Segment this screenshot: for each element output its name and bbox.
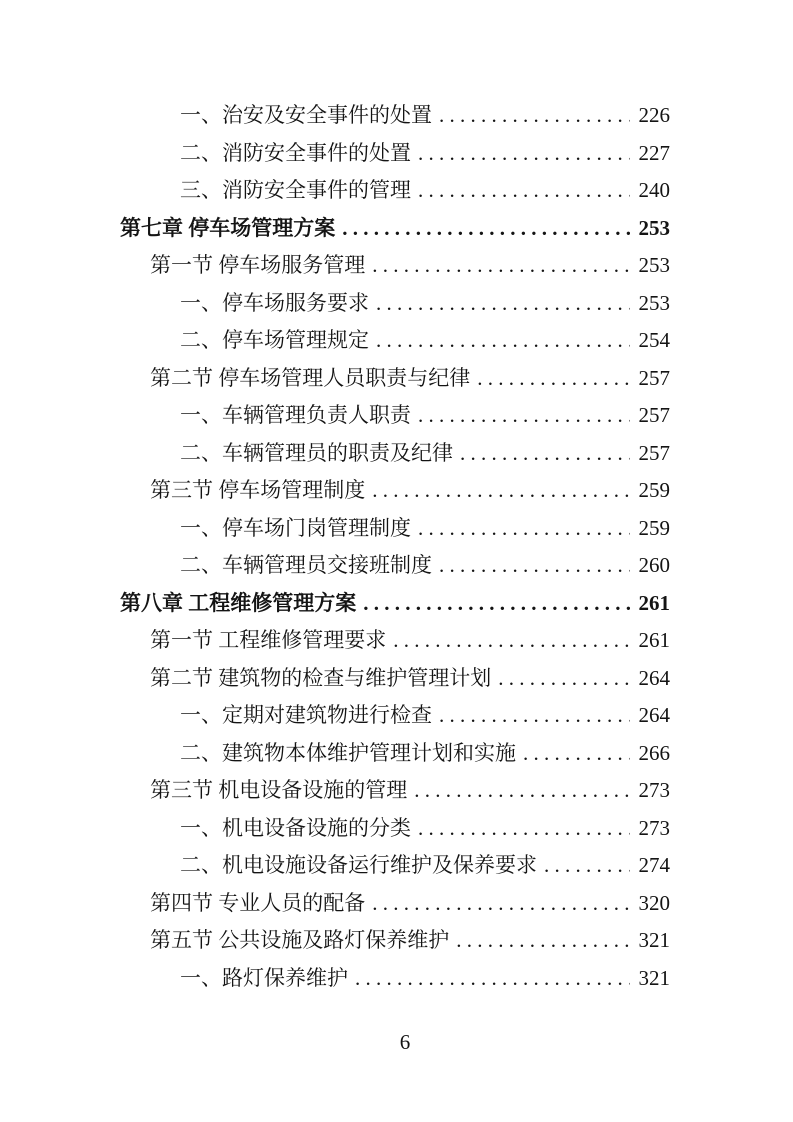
toc-entry[interactable]: 一、路灯保养维护 . . . . . . . . . . . . . . . .… bbox=[120, 960, 670, 998]
toc-entry-page-number: 264 bbox=[630, 660, 670, 698]
toc-entry-page-number: 257 bbox=[630, 397, 670, 435]
toc-entry-label: 二、停车场管理规定 bbox=[180, 322, 369, 360]
toc-entry[interactable]: 一、停车场门岗管理制度 . . . . . . . . . . . . . . … bbox=[120, 510, 670, 548]
document-page: 一、治安及安全事件的处置 . . . . . . . . . . . . . .… bbox=[0, 0, 793, 1122]
toc-entry-page-number: 253 bbox=[630, 285, 670, 323]
dot-leader: . . . . . . . . . . . . . . . . . . . . … bbox=[365, 472, 630, 510]
toc-entry[interactable]: 二、机电设施设备运行维护及保养要求 . . . . . . . . . . . … bbox=[120, 847, 670, 885]
toc-entry-page-number: 321 bbox=[630, 922, 670, 960]
toc-entry[interactable]: 二、车辆管理员的职责及纪律 . . . . . . . . . . . . . … bbox=[120, 435, 670, 473]
dot-leader: . . . . . . . . . . . . . . . . . . . . … bbox=[335, 210, 630, 248]
toc-entry-page-number: 273 bbox=[630, 772, 670, 810]
toc-entry[interactable]: 一、停车场服务要求 . . . . . . . . . . . . . . . … bbox=[120, 285, 670, 323]
toc-entry[interactable]: 一、车辆管理负责人职责 . . . . . . . . . . . . . . … bbox=[120, 397, 670, 435]
dot-leader: . . . . . . . . . . . . . . . . . . . . … bbox=[356, 585, 630, 623]
toc-entry[interactable]: 第一节 停车场服务管理 . . . . . . . . . . . . . . … bbox=[120, 247, 670, 285]
dot-leader: . . . . . . . . . . . . . . . . . . . . … bbox=[491, 660, 630, 698]
toc-entry-page-number: 240 bbox=[630, 172, 670, 210]
toc-entry-page-number: 274 bbox=[630, 847, 670, 885]
toc-entry[interactable]: 三、消防安全事件的管理 . . . . . . . . . . . . . . … bbox=[120, 172, 670, 210]
toc-entry[interactable]: 第三节 机电设备设施的管理 . . . . . . . . . . . . . … bbox=[120, 772, 670, 810]
dot-leader: . . . . . . . . . . . . . . . . . . . . … bbox=[449, 922, 630, 960]
toc-entry[interactable]: 第二节 停车场管理人员职责与纪律 . . . . . . . . . . . .… bbox=[120, 360, 670, 398]
toc-entry-label: 第八章 工程维修管理方案 bbox=[120, 585, 356, 623]
toc-entry-label: 一、停车场门岗管理制度 bbox=[180, 510, 411, 548]
toc-entry-label: 第二节 建筑物的检查与维护管理计划 bbox=[150, 660, 491, 698]
toc-entry-label: 二、车辆管理员的职责及纪律 bbox=[180, 435, 453, 473]
dot-leader: . . . . . . . . . . . . . . . . . . . . … bbox=[411, 810, 630, 848]
toc-entry[interactable]: 第八章 工程维修管理方案 . . . . . . . . . . . . . .… bbox=[120, 585, 670, 623]
toc-entry-page-number: 253 bbox=[630, 247, 670, 285]
toc-entry-label: 一、定期对建筑物进行检查 bbox=[180, 697, 432, 735]
toc-entry-label: 第一节 停车场服务管理 bbox=[150, 247, 365, 285]
dot-leader: . . . . . . . . . . . . . . . . . . . . … bbox=[411, 172, 630, 210]
toc-entry-label: 第一节 工程维修管理要求 bbox=[150, 622, 386, 660]
dot-leader: . . . . . . . . . . . . . . . . . . . . … bbox=[365, 885, 630, 923]
toc-entry-page-number: 227 bbox=[630, 135, 670, 173]
dot-leader: . . . . . . . . . . . . . . . . . . . . … bbox=[453, 435, 630, 473]
dot-leader: . . . . . . . . . . . . . . . . . . . . … bbox=[407, 772, 630, 810]
dot-leader: . . . . . . . . . . . . . . . . . . . . … bbox=[369, 322, 630, 360]
toc-entry[interactable]: 二、停车场管理规定 . . . . . . . . . . . . . . . … bbox=[120, 322, 670, 360]
toc-entry[interactable]: 第一节 工程维修管理要求 . . . . . . . . . . . . . .… bbox=[120, 622, 670, 660]
page-number-footer: 6 bbox=[17, 1024, 793, 1062]
toc-entry-page-number: 273 bbox=[630, 810, 670, 848]
toc-entry-page-number: 226 bbox=[630, 97, 670, 135]
toc-entry-page-number: 257 bbox=[630, 435, 670, 473]
toc-entry[interactable]: 二、车辆管理员交接班制度 . . . . . . . . . . . . . .… bbox=[120, 547, 670, 585]
toc-entry[interactable]: 二、消防安全事件的处置 . . . . . . . . . . . . . . … bbox=[120, 135, 670, 173]
toc-entry[interactable]: 第三节 停车场管理制度 . . . . . . . . . . . . . . … bbox=[120, 472, 670, 510]
toc-entry-label: 二、机电设施设备运行维护及保养要求 bbox=[180, 847, 537, 885]
toc-entry-label: 二、建筑物本体维护管理计划和实施 bbox=[180, 735, 516, 773]
toc-entry-label: 第三节 机电设备设施的管理 bbox=[150, 772, 407, 810]
toc-entry[interactable]: 一、定期对建筑物进行检查 . . . . . . . . . . . . . .… bbox=[120, 697, 670, 735]
toc-entry-label: 二、车辆管理员交接班制度 bbox=[180, 547, 432, 585]
dot-leader: . . . . . . . . . . . . . . . . . . . . … bbox=[516, 735, 630, 773]
toc-entry-label: 三、消防安全事件的管理 bbox=[180, 172, 411, 210]
toc-entry-label: 第三节 停车场管理制度 bbox=[150, 472, 365, 510]
toc-entry-page-number: 253 bbox=[630, 210, 670, 248]
dot-leader: . . . . . . . . . . . . . . . . . . . . … bbox=[365, 247, 630, 285]
toc-entry-label: 第四节 专业人员的配备 bbox=[150, 885, 365, 923]
toc-entry-label: 一、停车场服务要求 bbox=[180, 285, 369, 323]
toc-entry-label: 一、路灯保养维护 bbox=[180, 960, 348, 998]
dot-leader: . . . . . . . . . . . . . . . . . . . . … bbox=[348, 960, 630, 998]
dot-leader: . . . . . . . . . . . . . . . . . . . . … bbox=[432, 547, 630, 585]
dot-leader: . . . . . . . . . . . . . . . . . . . . … bbox=[411, 135, 630, 173]
toc-entry-label: 第二节 停车场管理人员职责与纪律 bbox=[150, 360, 470, 398]
toc-entry-page-number: 266 bbox=[630, 735, 670, 773]
toc-entry-label: 一、治安及安全事件的处置 bbox=[180, 97, 432, 135]
toc-entry[interactable]: 第四节 专业人员的配备 . . . . . . . . . . . . . . … bbox=[120, 885, 670, 923]
toc-entry[interactable]: 二、建筑物本体维护管理计划和实施 . . . . . . . . . . . .… bbox=[120, 735, 670, 773]
toc-entry-page-number: 254 bbox=[630, 322, 670, 360]
toc-entry-label: 第五节 公共设施及路灯保养维护 bbox=[150, 922, 449, 960]
dot-leader: . . . . . . . . . . . . . . . . . . . . … bbox=[470, 360, 630, 398]
toc-entry-page-number: 259 bbox=[630, 472, 670, 510]
toc-entry-page-number: 259 bbox=[630, 510, 670, 548]
dot-leader: . . . . . . . . . . . . . . . . . . . . … bbox=[386, 622, 630, 660]
toc-entry-page-number: 320 bbox=[630, 885, 670, 923]
toc-entry-page-number: 257 bbox=[630, 360, 670, 398]
toc-entry-page-number: 261 bbox=[630, 585, 670, 623]
dot-leader: . . . . . . . . . . . . . . . . . . . . … bbox=[411, 510, 630, 548]
toc-entry[interactable]: 第五节 公共设施及路灯保养维护 . . . . . . . . . . . . … bbox=[120, 922, 670, 960]
toc-entry[interactable]: 一、机电设备设施的分类 . . . . . . . . . . . . . . … bbox=[120, 810, 670, 848]
toc-entry-page-number: 264 bbox=[630, 697, 670, 735]
toc-entry-page-number: 260 bbox=[630, 547, 670, 585]
toc-entry-label: 第七章 停车场管理方案 bbox=[120, 210, 335, 248]
toc-entry-page-number: 321 bbox=[630, 960, 670, 998]
toc-entry-page-number: 261 bbox=[630, 622, 670, 660]
dot-leader: . . . . . . . . . . . . . . . . . . . . … bbox=[411, 397, 630, 435]
toc-entry[interactable]: 一、治安及安全事件的处置 . . . . . . . . . . . . . .… bbox=[120, 97, 670, 135]
toc-entry-label: 一、机电设备设施的分类 bbox=[180, 810, 411, 848]
dot-leader: . . . . . . . . . . . . . . . . . . . . … bbox=[432, 697, 630, 735]
table-of-contents: 一、治安及安全事件的处置 . . . . . . . . . . . . . .… bbox=[120, 97, 670, 997]
dot-leader: . . . . . . . . . . . . . . . . . . . . … bbox=[537, 847, 630, 885]
dot-leader: . . . . . . . . . . . . . . . . . . . . … bbox=[369, 285, 630, 323]
dot-leader: . . . . . . . . . . . . . . . . . . . . … bbox=[432, 97, 630, 135]
toc-entry[interactable]: 第二节 建筑物的检查与维护管理计划 . . . . . . . . . . . … bbox=[120, 660, 670, 698]
toc-entry-label: 一、车辆管理负责人职责 bbox=[180, 397, 411, 435]
toc-entry-label: 二、消防安全事件的处置 bbox=[180, 135, 411, 173]
toc-entry[interactable]: 第七章 停车场管理方案 . . . . . . . . . . . . . . … bbox=[120, 210, 670, 248]
